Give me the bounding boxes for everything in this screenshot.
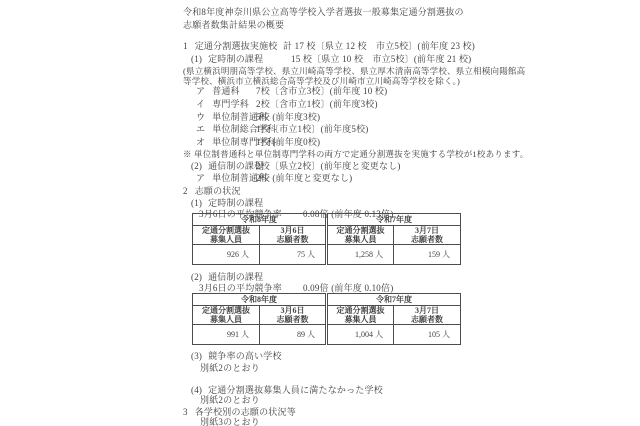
section2-under-ref: 別紙2のとおり — [200, 395, 260, 405]
exclude-note-line2: 等学校、横浜市立横浜総合高等学校及び川崎市立川崎高等学校を除く。) — [183, 76, 460, 86]
applicants-label: 志願者数 — [260, 235, 325, 244]
recruit-header-line2: 募集人員 — [328, 315, 393, 324]
recruit-header-line1: 定通分割選抜 — [328, 306, 393, 315]
section2-under-number: (4) — [191, 385, 202, 395]
tsushin-recruit-current-value: 991 人 — [193, 325, 260, 345]
recruit-header-prev: 定通分割選抜 募集人員 — [327, 226, 394, 245]
applicants-prev-header: 3月7日 志願者数 — [394, 306, 461, 325]
year-prev-header: 令和7年度 — [327, 294, 461, 306]
course-item-value: 5校 (前年度3校) — [256, 112, 320, 122]
year-prev-header: 令和7年度 — [327, 214, 461, 226]
recruit-header-line1: 定通分割選抜 — [193, 226, 259, 235]
course-item-kana: イ — [196, 99, 205, 109]
section1-label: 定通分割選抜実施校 — [195, 41, 278, 51]
doc-title-line1: 令和8年度神奈川県公立高等学校入学者選抜一般募集定通分割選抜の — [183, 7, 464, 17]
teiji-applicants-prev-value: 159 人 — [394, 245, 461, 265]
teiji-recruit-prev-value: 1,258 人 — [327, 245, 394, 265]
tsushin-applicants-prev-value: 105 人 — [394, 325, 461, 345]
date-current-label: 3月6日 — [260, 226, 325, 235]
section2-teiji-number: (1) — [191, 198, 202, 208]
tsushin-applicants-current-value: 89 人 — [260, 325, 327, 345]
tsushin-applicants-table: 令和8年度 令和7年度 定通分割選抜 募集人員 3月6日 志願者数 定通分割選抜… — [192, 293, 461, 345]
recruit-header-prev: 定通分割選抜 募集人員 — [327, 306, 394, 325]
course-item-kana: ア — [196, 86, 205, 96]
section2-number: 2 — [183, 186, 188, 196]
section1-teiji-label: 定時制の課程 — [208, 54, 263, 64]
year-current-header: 令和8年度 — [193, 214, 327, 226]
date-current-label: 3月6日 — [260, 306, 325, 315]
section1-tsushin-number: (2) — [191, 161, 202, 171]
date-prev-label: 3月7日 — [394, 226, 460, 235]
course-item-kana: エ — [196, 124, 205, 134]
document-page: 令和8年度神奈川県公立高等学校入学者選抜一般募集定通分割選抜の 志願者数集計結果… — [0, 0, 640, 426]
applicants-current-header: 3月6日 志願者数 — [260, 306, 327, 325]
recruit-header-line2: 募集人員 — [328, 235, 393, 244]
course-item-value: 2校〔含市立1校〕(前年度3校) — [256, 99, 378, 109]
course-item-label: 普通科 — [212, 86, 240, 96]
teiji-applicants-table: 令和8年度 令和7年度 定通分割選抜 募集人員 3月6日 志願者数 定通分割選抜… — [192, 213, 461, 265]
section2-under-heading: (4)定通分割選抜募集人員に満たなかった学校 — [191, 385, 383, 395]
teiji-recruit-current-value: 926 人 — [193, 245, 260, 265]
section1-tsushin-value: 2校〔県立2校〕(前年度と変更なし) — [256, 161, 401, 171]
recruit-header-line2: 募集人員 — [193, 235, 259, 244]
recruit-header-line1: 定通分割選抜 — [328, 226, 393, 235]
applicants-prev-header: 3月7日 志願者数 — [394, 226, 461, 245]
year-current-header: 令和8年度 — [193, 294, 327, 306]
section2-teiji-label: 定時制の課程 — [208, 198, 263, 208]
section2-tsushin-label: 通信制の課程 — [208, 272, 263, 282]
recruit-header: 定通分割選抜 募集人員 — [193, 226, 260, 245]
section1-heading: 1定通分割選抜実施校 — [183, 41, 278, 51]
tsushin-course-item-value: 2校 (前年度と変更なし) — [256, 173, 352, 183]
section2-tsushin-heading: (2)通信制の課程 — [191, 272, 263, 282]
course-item: ア普通科 — [196, 86, 240, 96]
section1-teiji-value: 15 校〔県立 10 校 市立5校〕(前年度 21 校) — [291, 54, 471, 64]
section2-under-label: 定通分割選抜募集人員に満たなかった学校 — [208, 385, 383, 395]
section1-value: 計 17 校〔県立 12 校 市立5校〕(前年度 23 校) — [283, 41, 475, 51]
course-item-kana: オ — [196, 137, 205, 147]
section1-teiji-heading: (1)定時制の課程 — [191, 54, 263, 64]
course-item-value: 1校〔市立1校〕(前年度5校) — [256, 124, 369, 134]
course-item-label: 専門学科 — [212, 99, 249, 109]
applicants-label: 志願者数 — [260, 315, 325, 324]
tsushin-rate-label: 3月6日の平均競争率 — [199, 283, 282, 293]
applicants-label: 志願者数 — [394, 315, 460, 324]
course-item-kana: ウ — [196, 112, 205, 122]
tsushin-rate-value: 0.09倍 (前年度 0.10倍) — [303, 283, 393, 293]
section1-teiji-number: (1) — [191, 54, 202, 64]
section2-teiji-heading: (1)定時制の課程 — [191, 198, 263, 208]
doc-title-line2: 志願者数集計結果の概要 — [183, 20, 284, 30]
asterisk-note: ※ 単位制普通科と単位制専門学科の両方で定通分割選抜を実施する学校が1校あります… — [183, 149, 528, 159]
applicants-label: 志願者数 — [394, 235, 460, 244]
section1-tsushin-heading: (2)通信制の課程 — [191, 161, 263, 171]
course-item-value: 7校〔含市立3校〕(前年度 10 校) — [256, 86, 387, 96]
section2-high-ref: 別紙2のとおり — [200, 363, 260, 373]
section2-label: 志願の状況 — [195, 186, 241, 196]
section3-ref: 別紙3のとおり — [200, 417, 260, 426]
section2-high-label: 競争率の高い学校 — [208, 351, 282, 361]
section3-number: 3 — [183, 407, 188, 417]
date-prev-label: 3月7日 — [394, 306, 460, 315]
tsushin-recruit-prev-value: 1,004 人 — [327, 325, 394, 345]
section2-high-number: (3) — [191, 351, 202, 361]
applicants-current-header: 3月6日 志願者数 — [260, 226, 327, 245]
teiji-applicants-current-value: 75 人 — [260, 245, 327, 265]
section2-high-heading: (3)競争率の高い学校 — [191, 351, 282, 361]
section2-tsushin-number: (2) — [191, 272, 202, 282]
recruit-header-line1: 定通分割選抜 — [193, 306, 259, 315]
recruit-header: 定通分割選抜 募集人員 — [193, 306, 260, 325]
section3-label: 各学校別の志願の状況等 — [195, 407, 296, 417]
section2-heading: 2志願の状況 — [183, 186, 241, 196]
section1-number: 1 — [183, 41, 188, 51]
course-item: イ専門学科 — [196, 99, 249, 109]
course-item-value: 1校 (前年度0校) — [256, 137, 320, 147]
course-item-kana: ア — [196, 173, 205, 183]
recruit-header-line2: 募集人員 — [193, 315, 259, 324]
section3-heading: 3各学校別の志願の状況等 — [183, 407, 296, 417]
exclude-note-line1: (県立横浜明朋高等学校、県立川崎高等学校、県立厚木清南高等学校、県立相模向陽館高 — [183, 66, 525, 76]
